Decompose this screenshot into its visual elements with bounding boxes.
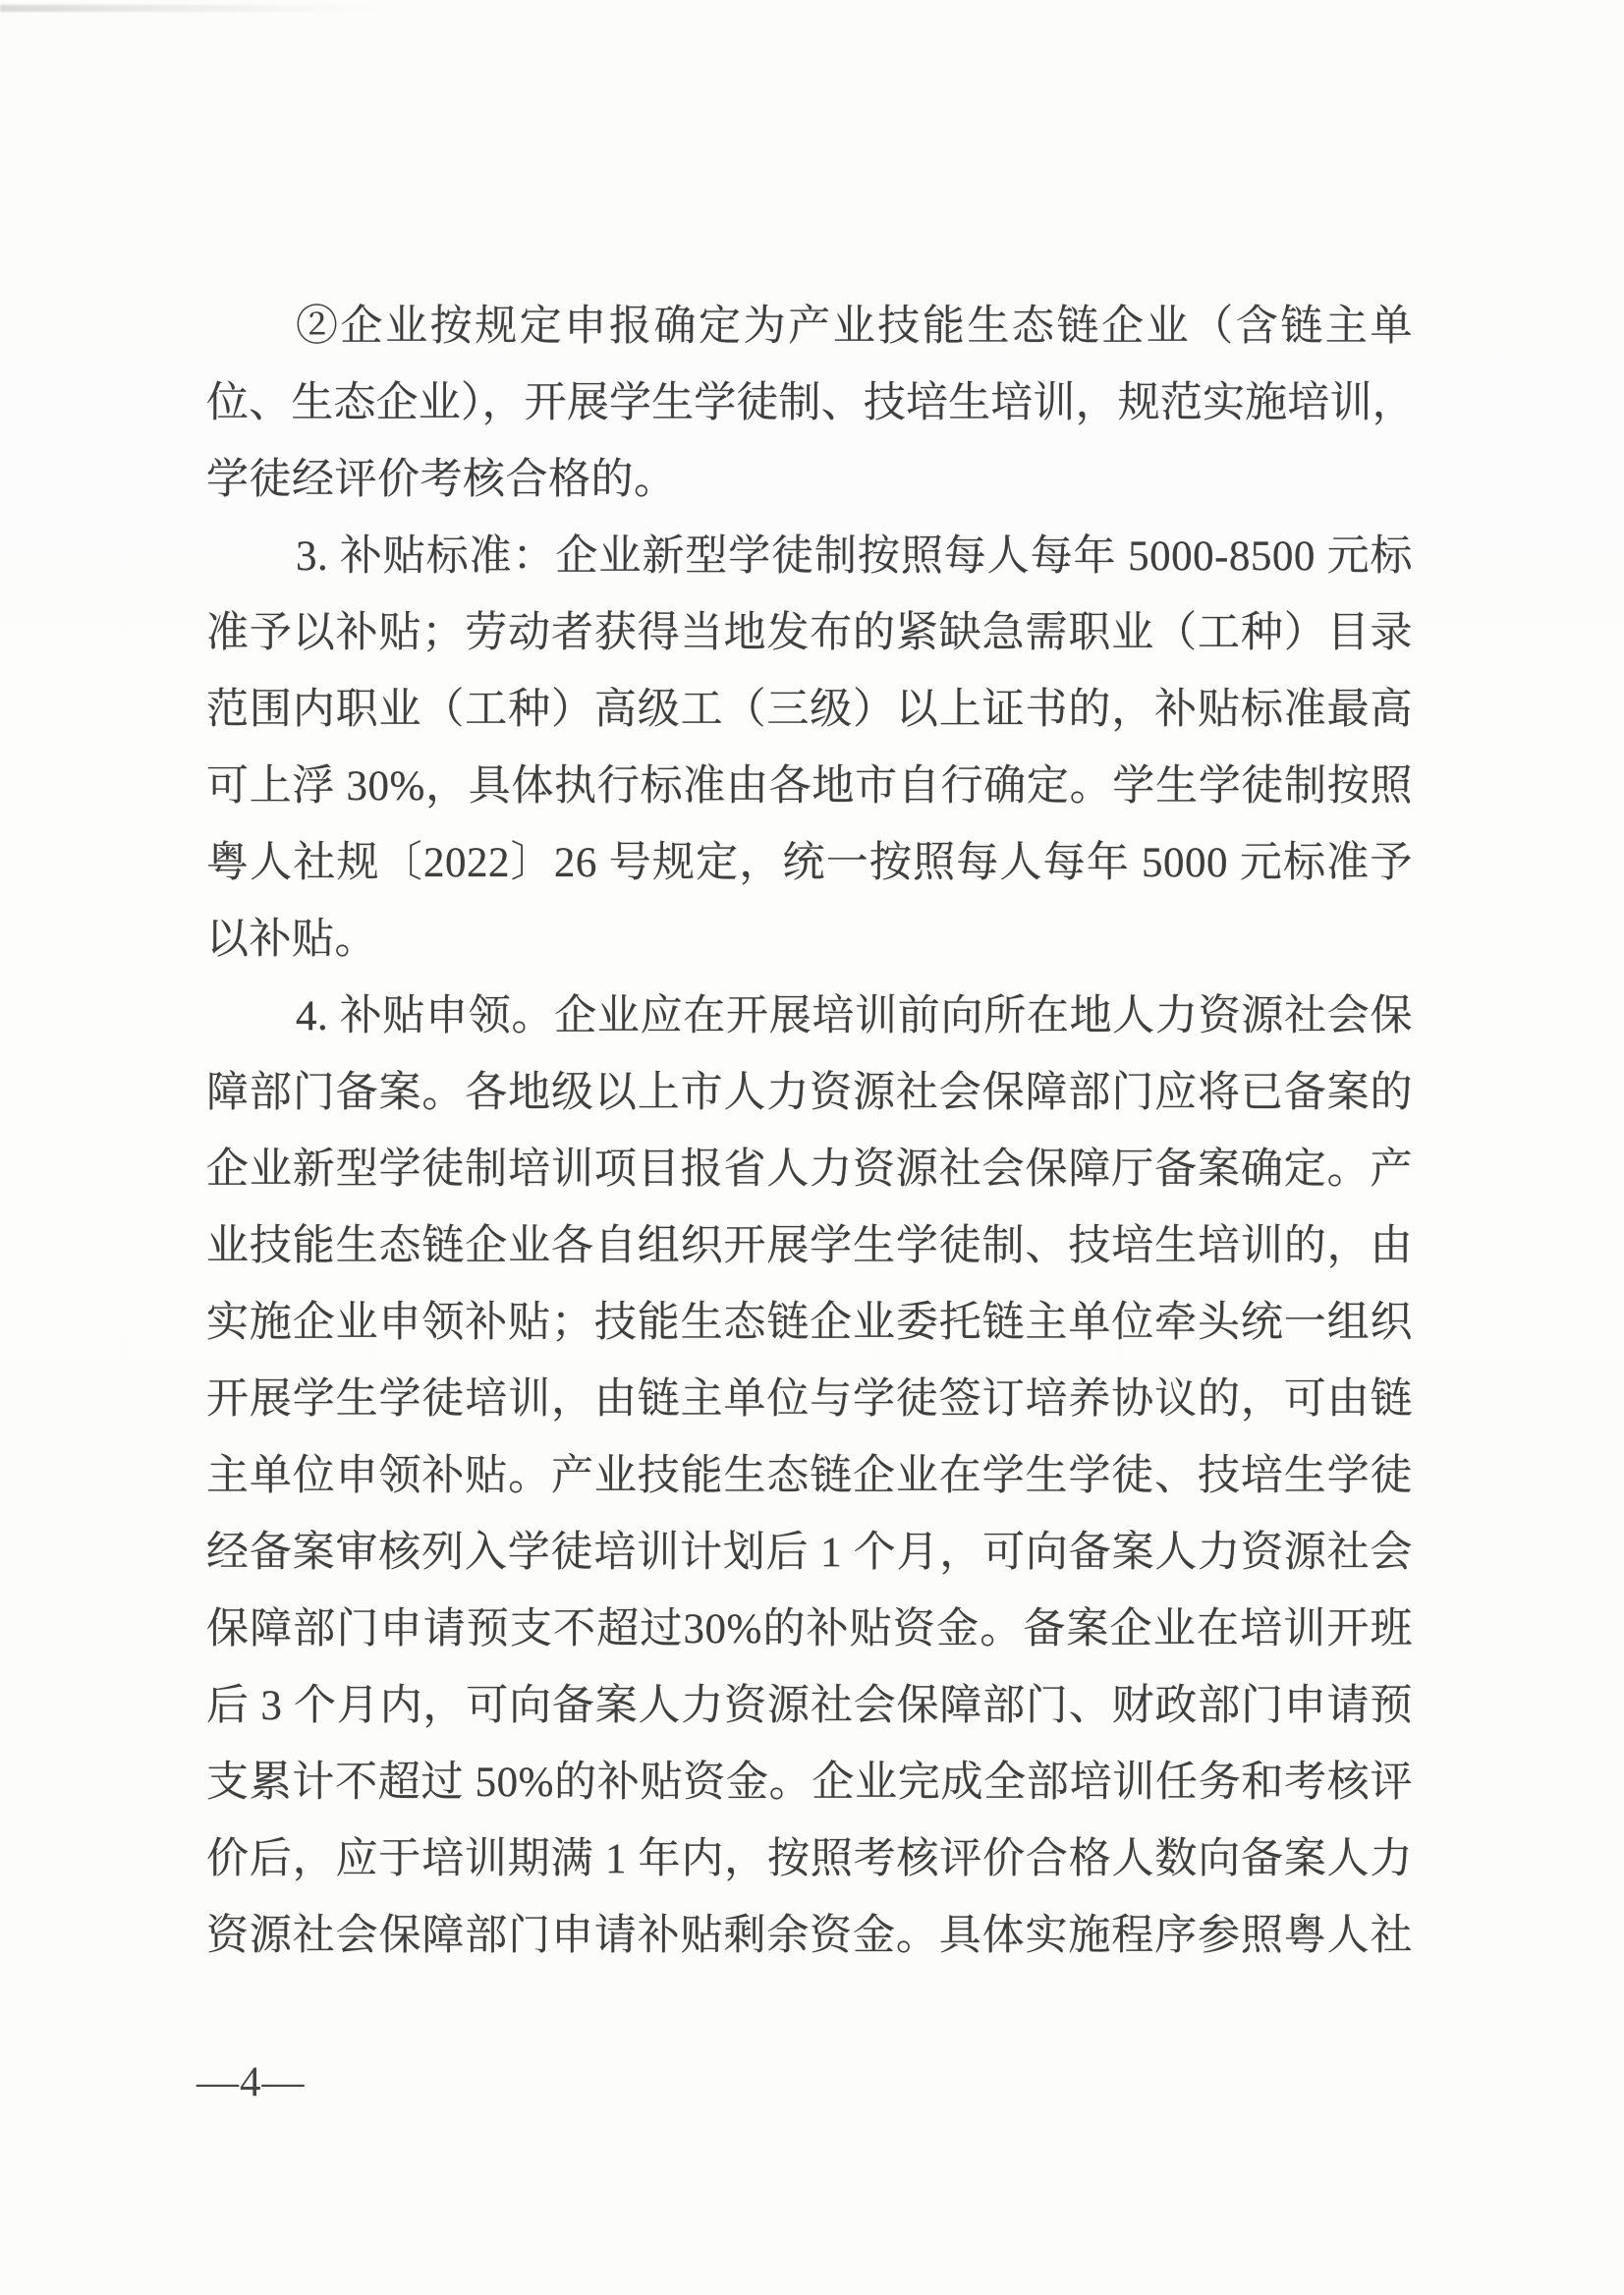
text-line: 企业新型学徒制培训项目报省人力资源社会保障厅备案确定。产 (206, 1132, 1413, 1208)
text-line: 3. 补贴标准：企业新型学徒制按照每人每年 5000-8500 元标 (206, 519, 1413, 595)
text-line: 范围内职业（工种）高级工（三级）以上证书的，补贴标准最高 (206, 672, 1413, 749)
document-page: ②企业按规定申报确定为产业技能生态链企业（含链主单 位、生态企业），开展学生学徒… (0, 0, 1624, 2295)
text-line: 障部门备案。各地级以上市人力资源社会保障部门应将已备案的 (206, 1055, 1413, 1132)
text-line: 支累计不超过 50%的补贴资金。企业完成全部培训任务和考核评 (206, 1745, 1413, 1821)
text-line: 后 3 个月内，可向备案人力资源社会保障部门、财政部门申请预 (206, 1668, 1413, 1745)
text-line: ②企业按规定申报确定为产业技能生态链企业（含链主单 (206, 289, 1413, 365)
text-line: 位、生态企业），开展学生学徒制、技培生培训，规范实施培训， (206, 365, 1413, 442)
text-line: 资源社会保障部门申请补贴剩余资金。具体实施程序参照粤人社 (206, 1898, 1413, 1975)
body-text: ②企业按规定申报确定为产业技能生态链企业（含链主单 位、生态企业），开展学生学徒… (206, 289, 1413, 1975)
text-line: 业技能生态链企业各自组织开展学生学徒制、技培生培训的，由 (206, 1208, 1413, 1285)
text-line: 经备案审核列入学徒培训计划后 1 个月，可向备案人力资源社会 (206, 1515, 1413, 1592)
text-line: 学徒经评价考核合格的。 (206, 442, 1413, 519)
text-line: 以补贴。 (206, 902, 1413, 979)
text-line: 开展学生学徒培训，由链主单位与学徒签订培养协议的，可由链 (206, 1362, 1413, 1438)
text-line: 主单位申领补贴。产业技能生态链企业在学生学徒、技培生学徒 (206, 1438, 1413, 1515)
text-line: 保障部门申请预支不超过30%的补贴资金。备案企业在培训开班 (206, 1592, 1413, 1668)
text-line: 实施企业申领补贴；技能生态链企业委托链主单位牵头统一组织 (206, 1285, 1413, 1362)
text-line: 准予以补贴；劳动者获得当地发布的紧缺急需职业（工种）目录 (206, 595, 1413, 672)
text-line: 4. 补贴申领。企业应在开展培训前向所在地人力资源社会保 (206, 979, 1413, 1055)
scan-artifact (0, 5, 393, 12)
page-number: —4— (196, 2053, 306, 2112)
text-line: 可上浮 30%，具体执行标准由各地市自行确定。学生学徒制按照 (206, 749, 1413, 825)
text-line: 价后，应于培训期满 1 年内，按照考核评价合格人数向备案人力 (206, 1821, 1413, 1898)
text-line: 粤人社规〔2022〕26 号规定，统一按照每人每年 5000 元标准予 (206, 825, 1413, 902)
